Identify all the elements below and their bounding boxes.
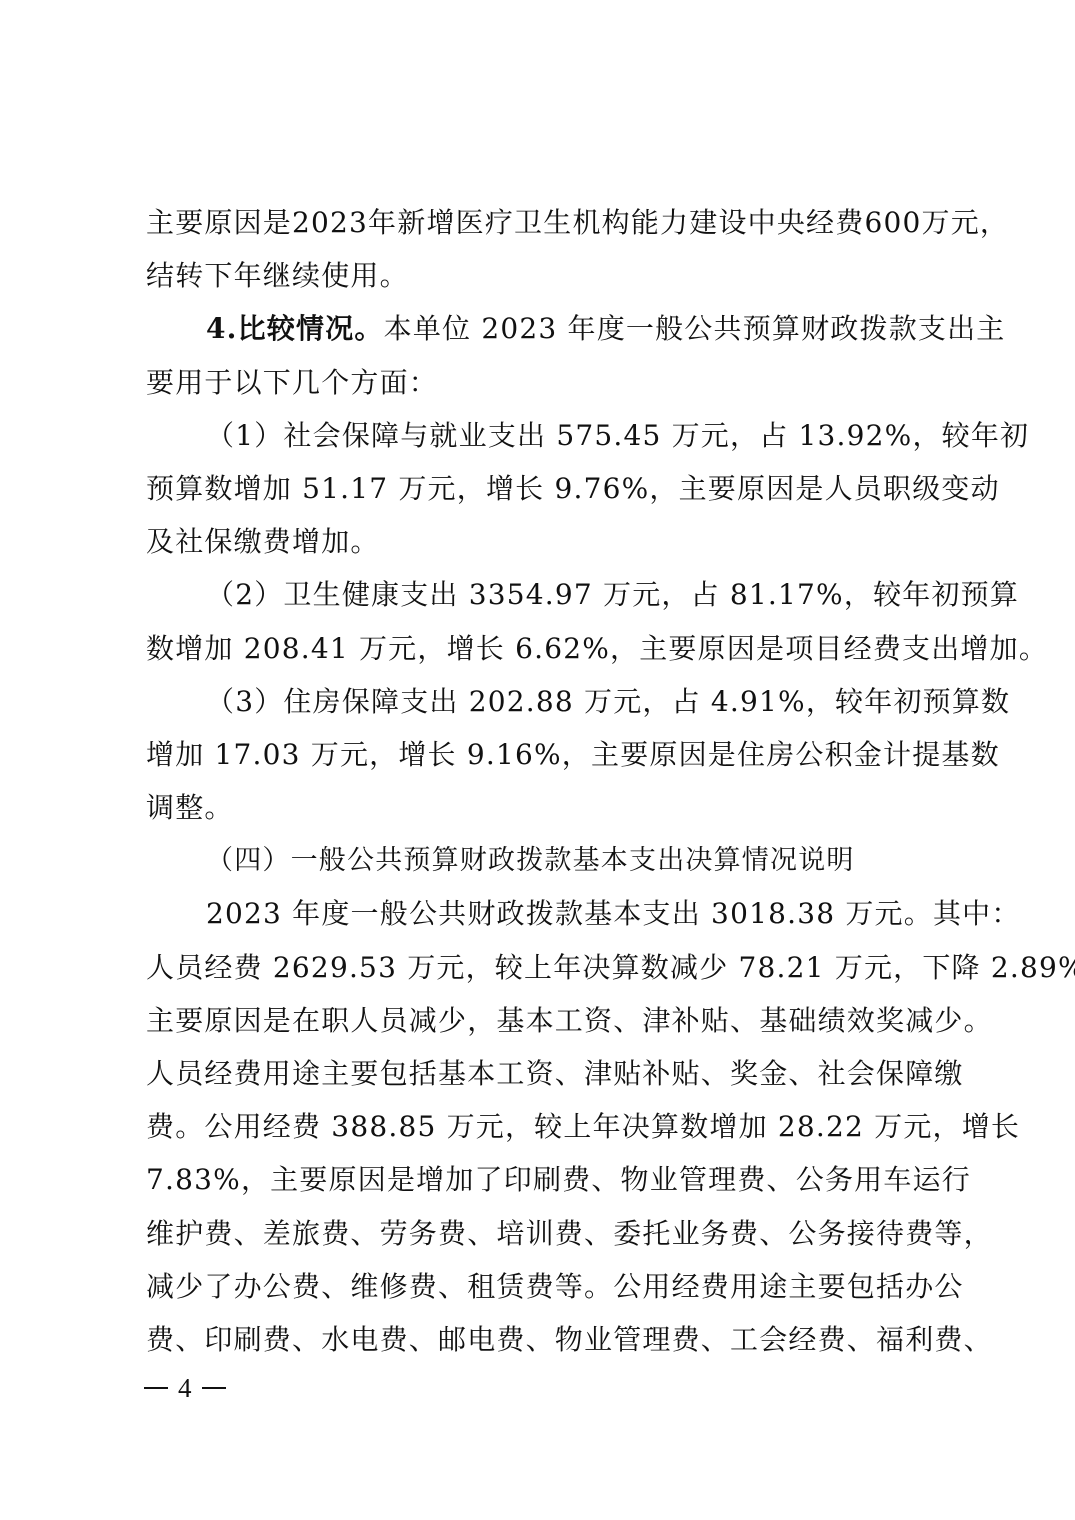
- text-line: 费、印刷费、水电费、邮电费、物业管理费、工会经费、福利费、: [146, 1313, 946, 1366]
- text-line: 主要原因是2023年新增医疗卫生机构能力建设中央经费600万元，: [146, 196, 946, 249]
- text-line: 调整。: [146, 781, 946, 834]
- text-line: 7.83%，主要原因是增加了印刷费、物业管理费、公务用车运行: [146, 1153, 946, 1206]
- comparison-lead: 4.比较情况。: [206, 312, 384, 345]
- text-line: （3）住房保障支出 202.88 万元，占 4.91%，较年初预算数: [146, 675, 946, 728]
- text-line: 人员经费用途主要包括基本工资、津贴补贴、奖金、社会保障缴: [146, 1047, 946, 1100]
- text-line: 数增加 208.41 万元，增长 6.62%，主要原因是项目经费支出增加。: [146, 622, 946, 675]
- document-page: 主要原因是2023年新增医疗卫生机构能力建设中央经费600万元， 结转下年继续使…: [0, 0, 1075, 1520]
- comparison-text: 本单位 2023 年度一般公共预算财政拨款支出主: [384, 312, 1006, 345]
- text-line: 维护费、差旅费、劳务费、培训费、委托业务费、公务接待费等，: [146, 1207, 946, 1260]
- dash-right: [202, 1387, 226, 1389]
- text-line: 增加 17.03 万元，增长 9.16%，主要原因是住房公积金计提基数: [146, 728, 946, 781]
- text-line: 及社保缴费增加。: [146, 515, 946, 568]
- text-line: （1）社会保障与就业支出 575.45 万元，占 13.92%，较年初: [146, 409, 946, 462]
- text-line: 2023 年度一般公共财政拨款基本支出 3018.38 万元。其中：: [146, 887, 946, 940]
- text-line: 费。公用经费 388.85 万元，较上年决算数增加 28.22 万元，增长: [146, 1100, 946, 1153]
- text-line: 主要原因是在职人员减少，基本工资、津补贴、基础绩效奖减少。: [146, 994, 946, 1047]
- text-line: （2）卫生健康支出 3354.97 万元，占 81.17%，较年初预算: [146, 568, 946, 621]
- text-line: 预算数增加 51.17 万元，增长 9.76%，主要原因是人员职级变动: [146, 462, 946, 515]
- document-body: 主要原因是2023年新增医疗卫生机构能力建设中央经费600万元， 结转下年继续使…: [146, 196, 946, 1366]
- section-heading: （四）一般公共预算财政拨款基本支出决算情况说明: [146, 834, 946, 887]
- text-line: 减少了办公费、维修费、租赁费等。公用经费用途主要包括办公: [146, 1260, 946, 1313]
- text-line: 人员经费 2629.53 万元，较上年决算数减少 78.21 万元，下降 2.8…: [146, 941, 946, 994]
- text-line: 要用于以下几个方面：: [146, 356, 946, 409]
- page-number-value: 4: [178, 1368, 192, 1408]
- dash-left: [144, 1387, 168, 1389]
- text-line: 结转下年继续使用。: [146, 249, 946, 302]
- text-line: 4.比较情况。本单位 2023 年度一般公共预算财政拨款支出主: [146, 302, 946, 355]
- page-number: 4: [144, 1368, 226, 1408]
